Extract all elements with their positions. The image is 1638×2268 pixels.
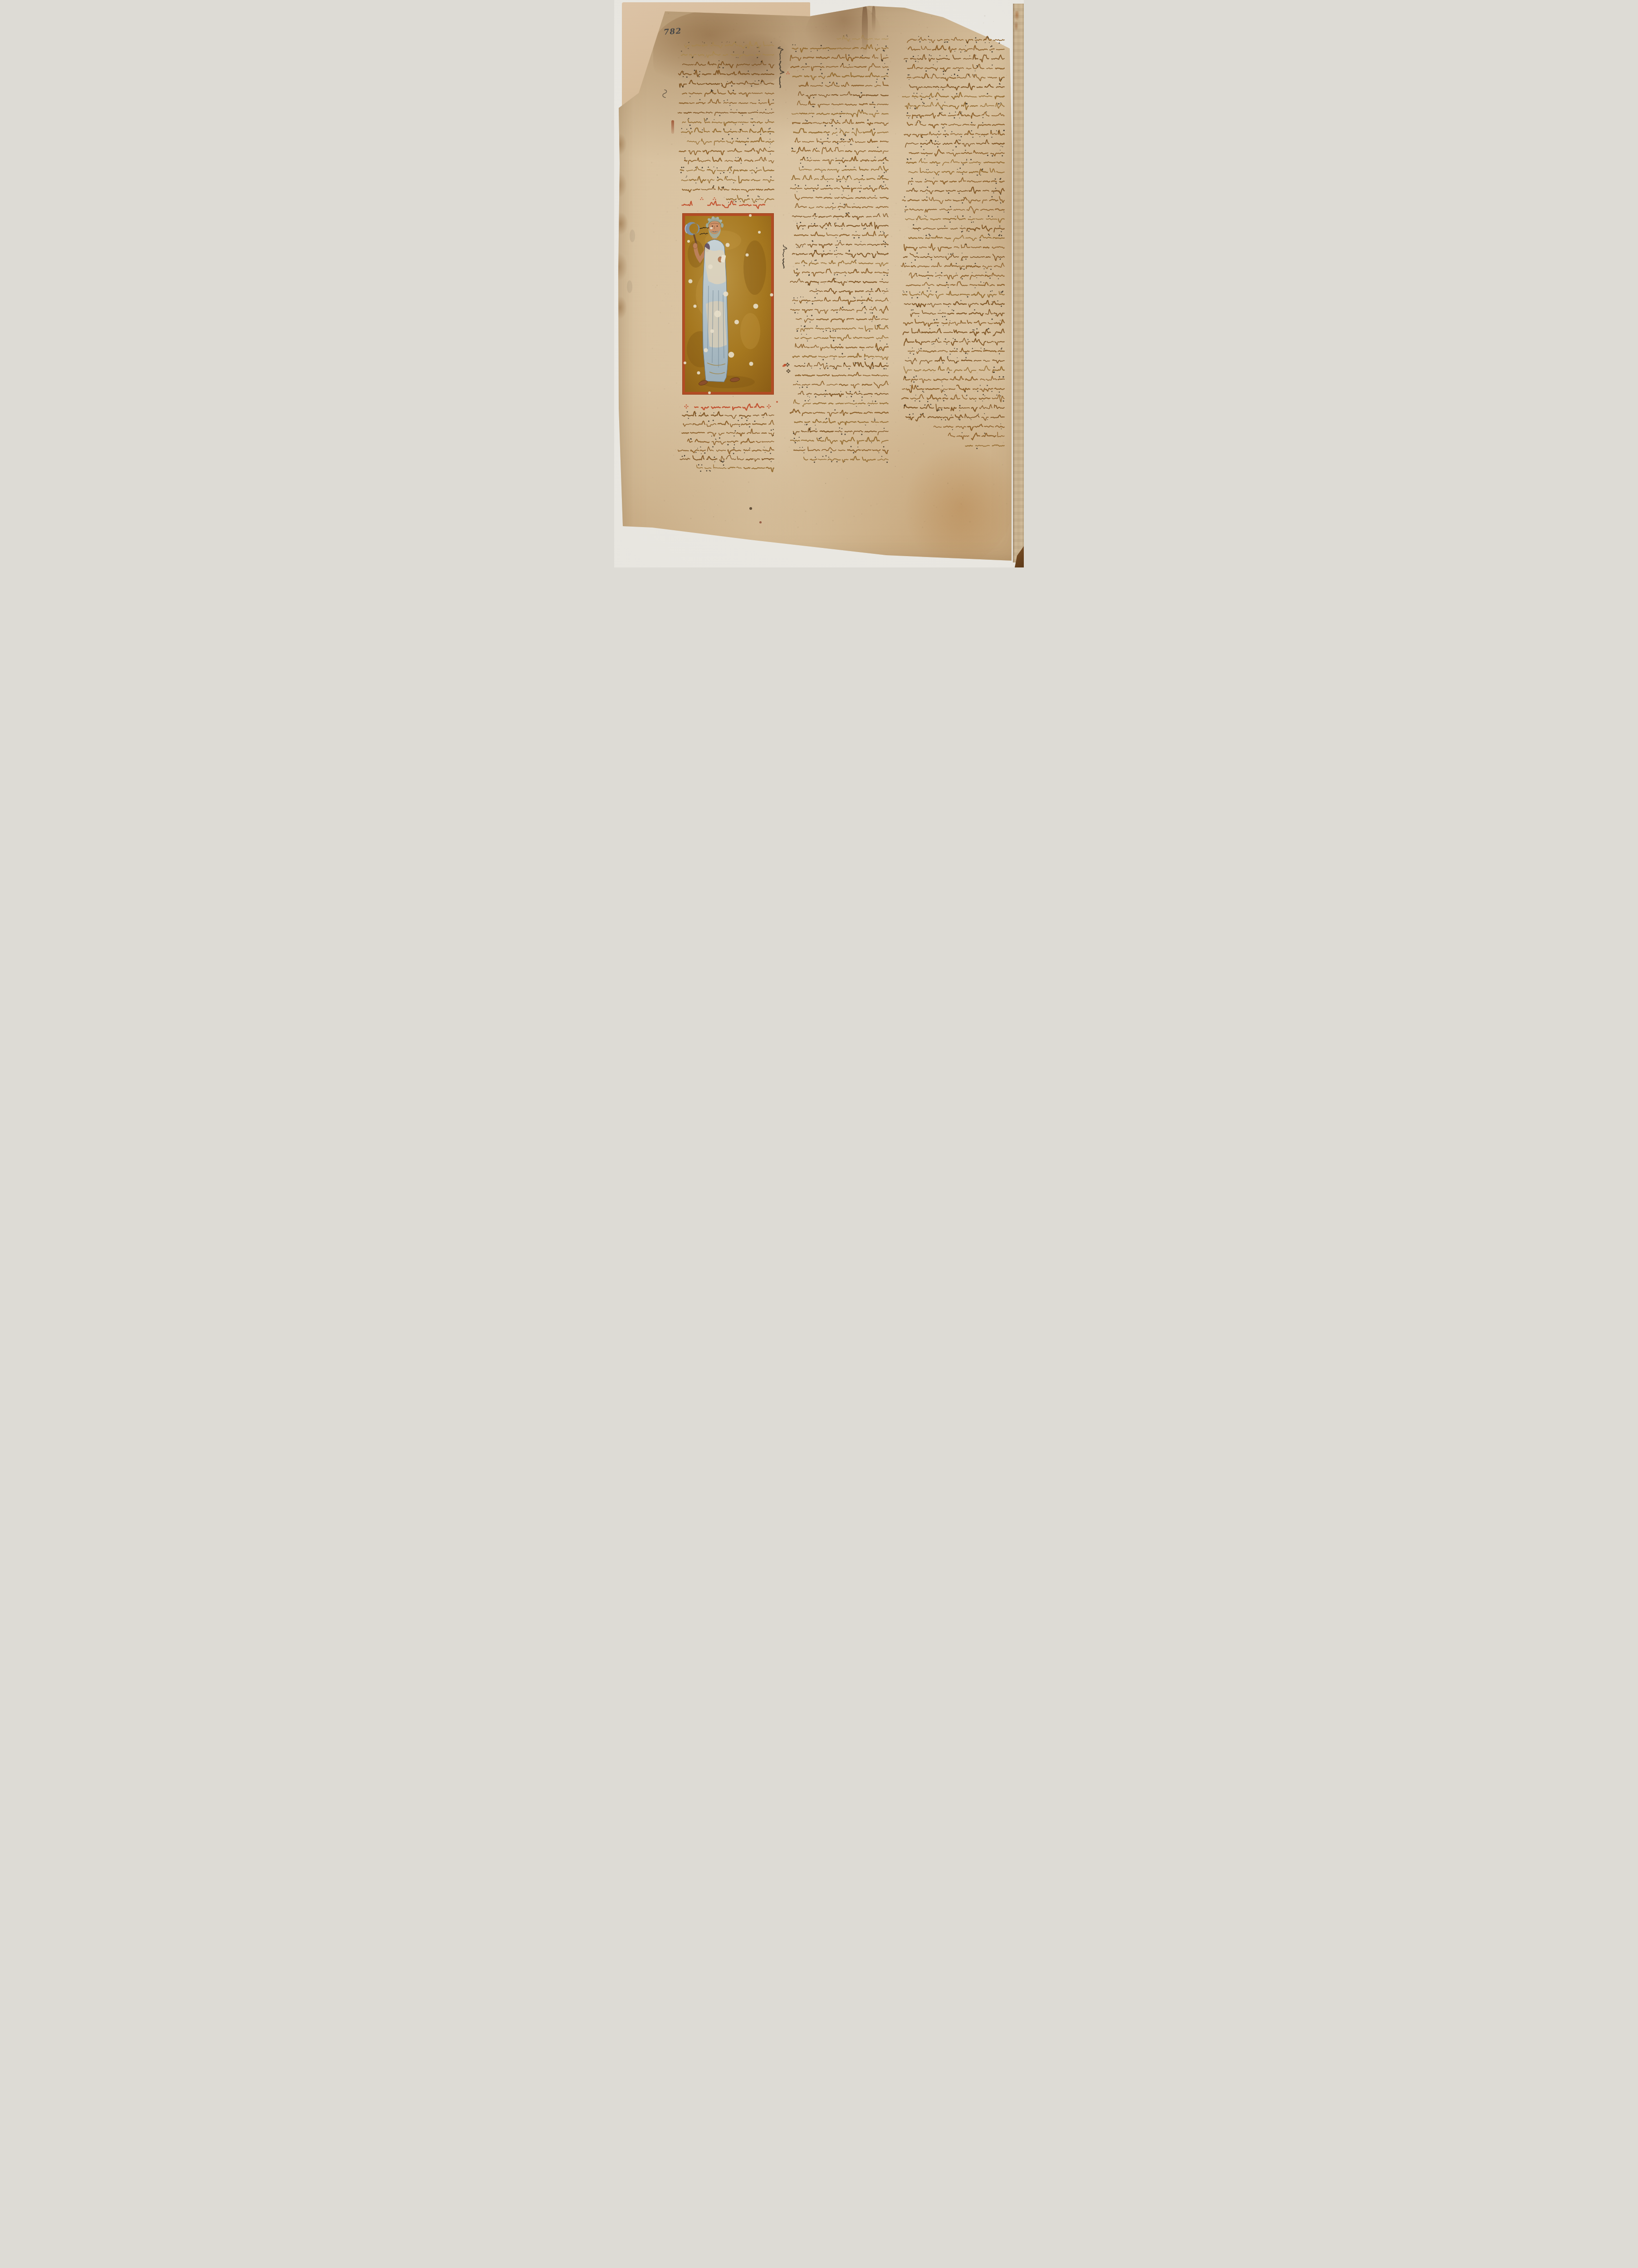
water-stain-bottom-right: [895, 435, 1014, 565]
folio-number: 782: [663, 27, 682, 37]
book-fore-edge: [1013, 4, 1024, 562]
prophet-himation: [705, 247, 726, 284]
manuscript-photograph: 782: [614, 0, 1024, 567]
ink-drip: [872, 5, 875, 33]
prophet-hand-right: [693, 243, 698, 249]
stain-top-middle: [805, 4, 882, 85]
prophet-miniature: [682, 213, 774, 395]
parchment-leaf: 782: [614, 0, 1024, 567]
prophet-miniature-svg: [682, 213, 774, 395]
left-edge-staining: [618, 126, 639, 335]
fore-edge-stain: [1014, 11, 1020, 31]
dark-fleck: [759, 521, 762, 523]
dark-fleck: [749, 507, 752, 510]
stain-top-left: [653, 10, 795, 93]
ink-drip: [862, 5, 868, 57]
rust-streak: [671, 120, 674, 134]
